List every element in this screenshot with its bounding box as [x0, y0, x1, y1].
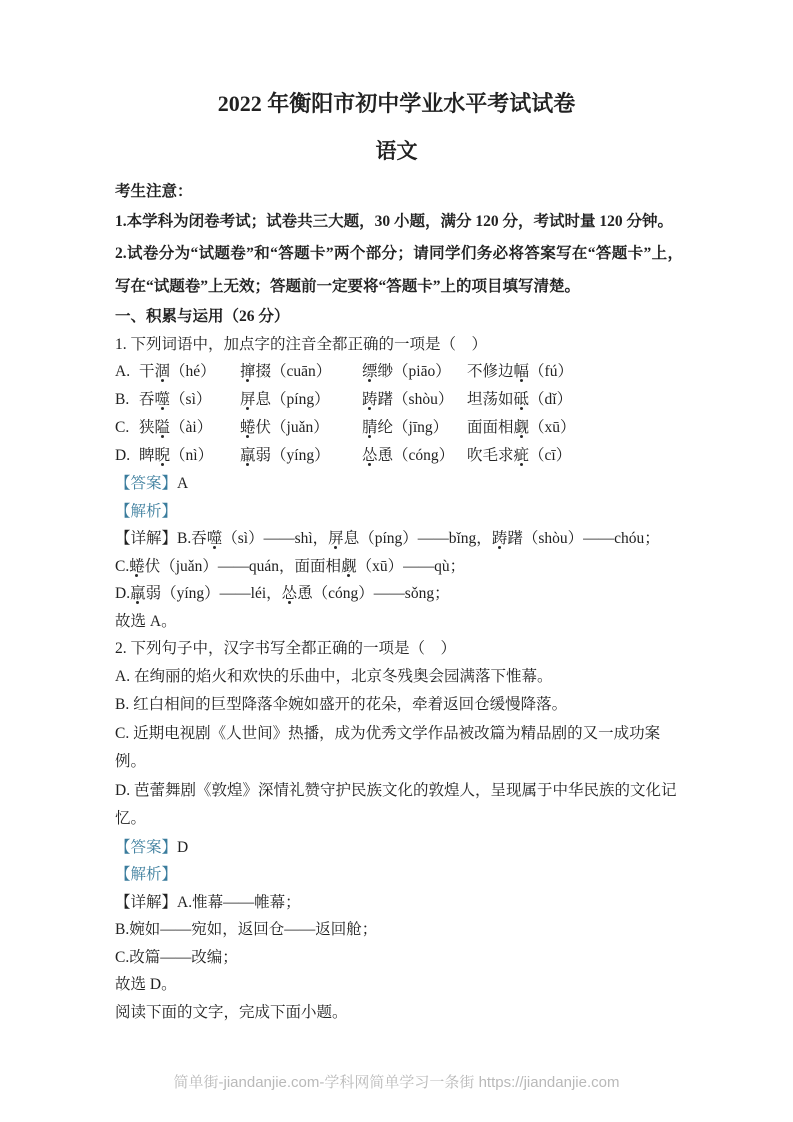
emphasis-dot-char: 羸: [130, 585, 146, 602]
text-segment: 恿（cóng）——sǒng；: [297, 585, 449, 602]
text-segment: 2. 下列句子中，汉字书写全都正确的一项是（ ）: [115, 640, 456, 657]
answer-line: 【解析】: [115, 498, 683, 526]
explanation-line: C.蜷伏（juǎn）——quán，面面相觑（xū）——qù；: [115, 553, 683, 581]
text-segment: （xū）——qù；: [357, 558, 466, 575]
text-segment: 息: [256, 391, 272, 408]
option-label: B.: [115, 386, 139, 414]
text-segment: 息（píng）——bǐng，: [344, 530, 492, 547]
text-segment: B.: [115, 391, 129, 408]
emphasis-dot-char: 觑: [341, 558, 357, 575]
question-stem: 2. 下列句子中，汉字书写全都正确的一项是（ ）: [115, 635, 683, 663]
text-segment: 【详解】B.吞: [115, 530, 207, 547]
option-word: 踌躇（shòu）: [362, 386, 467, 414]
option-label: D.: [115, 442, 139, 470]
exam-document-page: 2022 年衡阳市初中学业水平考试试卷 语文 考生注意：1.本学科为闭卷考试；试…: [0, 0, 793, 1122]
text-segment: 一、积累与运用（26 分）: [115, 308, 289, 325]
text-segment: （dǐ）: [529, 391, 572, 408]
text-segment: （piāo）: [393, 363, 451, 380]
emphasis-dot-char: 觑: [514, 419, 530, 436]
text-segment: 2.试卷分为“试题卷”和“答题卡”两个部分；请同学们务必将答案写在“答题卡”上，…: [115, 245, 683, 295]
section-heading: 一、积累与运用（26 分）: [115, 303, 683, 331]
option-word: 缥缈（piāo）: [362, 358, 467, 386]
text-segment: 阅读下面的文字，完成下面小题。: [115, 1004, 348, 1021]
text-segment: D. 芭蕾舞剧《敦煌》深情礼赞守护民族文化的敦煌人，呈现属于中华民族的文化记忆。: [115, 782, 676, 828]
text-segment: 吹毛求: [467, 447, 514, 464]
text-segment: B.婉如——宛如，返回仓——返回舱；: [115, 921, 377, 938]
option-label: C.: [115, 414, 139, 442]
option-word: 蜷伏（juǎn）: [240, 414, 362, 442]
option-row: C.狭隘（ài）蜷伏（juǎn）腈纶（jīng）面面相觑（xū）: [115, 414, 683, 442]
text-segment: 故选 D。: [115, 976, 177, 993]
text-segment: A.: [115, 363, 130, 380]
text-segment: （hé）: [170, 363, 216, 380]
text-segment: 考生注意：: [115, 183, 193, 200]
emphasis-dot-char: 噬: [207, 530, 223, 547]
text-segment: 狭: [139, 419, 155, 436]
text-segment: 弱（yíng）——léi，: [146, 585, 282, 602]
option-word: 坦荡如砥（dǐ）: [467, 386, 683, 414]
option-word: 不修边幅（fú）: [467, 358, 683, 386]
emphasis-dot-char: 屏: [328, 530, 344, 547]
emphasis-dot-char: 蜷: [129, 558, 145, 575]
text-segment: 伏: [256, 419, 272, 436]
text-segment: （yíng）: [271, 447, 330, 464]
option-line: D. 芭蕾舞剧《敦煌》深情礼赞守护民族文化的敦煌人，呈现属于中华民族的文化记忆。: [115, 777, 683, 834]
option-word: 干涸（hé）: [139, 358, 240, 386]
option-word: 吞噬（sì）: [139, 386, 240, 414]
text-segment: A. 在绚丽的焰火和欢快的乐曲中，北京冬残奥会园满落下惟幕。: [115, 668, 552, 685]
option-word: 面面相觑（xū）: [467, 414, 683, 442]
text-segment: （fú）: [529, 363, 573, 380]
option-row: D.睥睨（nì）羸弱（yíng）怂恿（cóng）吹毛求疵（cī）: [115, 442, 683, 470]
notice-heading: 考生注意：: [115, 178, 683, 206]
exam-title: 2022 年衡阳市初中学业水平考试试卷: [0, 0, 793, 118]
option-word: 怂恿（cóng）: [362, 442, 467, 470]
text-segment: D.: [115, 447, 130, 464]
text-segment: （xū）: [529, 419, 576, 436]
exam-subject: 语文: [0, 138, 793, 164]
option-word: 羸弱（yíng）: [240, 442, 362, 470]
text-segment: 面面相: [467, 419, 514, 436]
emphasis-dot-char: 缥: [362, 363, 378, 380]
text-segment: 不修边: [467, 363, 514, 380]
option-word: 撺掇（cuān）: [240, 358, 362, 386]
explanation-line: 故选 D。: [115, 971, 683, 999]
question-stem: 阅读下面的文字，完成下面小题。: [115, 999, 683, 1027]
text-segment: 恿: [378, 447, 394, 464]
emphasis-dot-char: 踌: [362, 391, 378, 408]
text-segment: 掇: [256, 363, 272, 380]
emphasis-dot-char: 疵: [514, 447, 530, 464]
answer-line: 【答案】A: [115, 470, 683, 498]
text-segment: （juǎn）: [271, 419, 329, 436]
question-stem: 1. 下列词语中，加点字的注音全都正确的一项是（ ）: [115, 331, 683, 359]
emphasis-dot-char: 踌: [492, 530, 508, 547]
emphasis-dot-char: 幅: [514, 363, 530, 380]
answer-label: 【答案】: [115, 475, 177, 492]
text-segment: 躇（shòu）——chóu；: [507, 530, 659, 547]
option-word: 狭隘（ài）: [139, 414, 240, 442]
emphasis-dot-char: 腈: [362, 419, 378, 436]
text-segment: 纶: [378, 419, 394, 436]
text-segment: 缈: [378, 363, 394, 380]
explanation-line: 【详解】A.惟幕——帷幕；: [115, 889, 683, 917]
text-segment: 故选 A。: [115, 613, 177, 630]
text-segment: C.改篇——改编；: [115, 949, 238, 966]
option-label: A.: [115, 358, 139, 386]
emphasis-dot-char: 噬: [155, 391, 171, 408]
text-segment: （ài）: [170, 419, 212, 436]
option-line: A. 在绚丽的焰火和欢快的乐曲中，北京冬残奥会园满落下惟幕。: [115, 663, 683, 692]
answer-line: 【答案】D: [115, 834, 683, 862]
text-segment: C.: [115, 419, 129, 436]
emphasis-dot-char: 羸: [240, 447, 256, 464]
option-row: A.干涸（hé）撺掇（cuān）缥缈（piāo）不修边幅（fú）: [115, 358, 683, 386]
text-segment: 干: [139, 363, 155, 380]
emphasis-dot-char: 砥: [514, 391, 530, 408]
option-word: 腈纶（jīng）: [362, 414, 467, 442]
text-segment: 伏（juǎn）——quán，面面相: [145, 558, 341, 575]
text-segment: （nì）: [170, 447, 213, 464]
emphasis-dot-char: 涸: [155, 363, 171, 380]
notice-line: 1.本学科为闭卷考试；试卷共三大题，30 小题，满分 120 分，考试时量 12…: [115, 206, 683, 239]
text-segment: 1. 下列词语中，加点字的注音全都正确的一项是（ ）: [115, 336, 487, 353]
text-segment: 【详解】A.惟幕——帷幕；: [115, 894, 301, 911]
text-segment: （jīng）: [393, 419, 448, 436]
explanation-line: 【详解】B.吞噬（sì）——shì，屏息（píng）——bǐng，踌躇（shòu…: [115, 525, 683, 553]
text-segment: B. 红白相间的巨型降落伞婉如盛开的花朵，牵着返回仓缓慢降落。: [115, 696, 567, 713]
emphasis-dot-char: 撺: [240, 363, 256, 380]
text-segment: D.: [115, 585, 130, 602]
text-segment: 坦荡如: [467, 391, 514, 408]
text-segment: 1.本学科为闭卷考试；试卷共三大题，30 小题，满分 120 分，考试时量 12…: [115, 213, 673, 230]
answer-line: 【解析】: [115, 861, 683, 889]
text-segment: （cuān）: [271, 363, 331, 380]
text-segment: （cī）: [529, 447, 571, 464]
footer-watermark: 简单街-jiandanjie.com-学科网简单学习一条街 https://ji…: [0, 1074, 793, 1092]
text-segment: （shòu）: [393, 391, 453, 408]
explanation-line: D.羸弱（yíng）——léi，怂恿（cóng）——sǒng；: [115, 580, 683, 608]
option-word: 屏息（píng）: [240, 386, 362, 414]
answer-label: 【解析】: [115, 503, 177, 520]
emphasis-dot-char: 屏: [240, 391, 256, 408]
emphasis-dot-char: 怂: [282, 585, 298, 602]
text-segment: （sì）——shì，: [222, 530, 328, 547]
explanation-line: C.改篇——改编；: [115, 944, 683, 972]
option-word: 吹毛求疵（cī）: [467, 442, 683, 470]
text-segment: 弱: [256, 447, 272, 464]
text-segment: （píng）: [271, 391, 330, 408]
answer-label: 【解析】: [115, 866, 177, 883]
text-segment: 睥: [139, 447, 155, 464]
text-segment: 吞: [139, 391, 155, 408]
notice-line: 2.试卷分为“试题卷”和“答题卡”两个部分；请同学们务必将答案写在“答题卡”上，…: [115, 238, 683, 303]
option-line: B. 红白相间的巨型降落伞婉如盛开的花朵，牵着返回仓缓慢降落。: [115, 691, 683, 720]
option-line: C. 近期电视剧《人世间》热播，成为优秀文学作品被改篇为精品剧的又一成功案例。: [115, 720, 683, 777]
text-segment: A: [177, 475, 188, 492]
emphasis-dot-char: 怂: [362, 447, 378, 464]
option-word: 睥睨（nì）: [139, 442, 240, 470]
emphasis-dot-char: 蜷: [240, 419, 256, 436]
emphasis-dot-char: 隘: [155, 419, 171, 436]
explanation-line: B.婉如——宛如，返回仓——返回舱；: [115, 916, 683, 944]
text-segment: （cóng）: [393, 447, 454, 464]
text-segment: 躇: [378, 391, 394, 408]
document-body: 考生注意：1.本学科为闭卷考试；试卷共三大题，30 小题，满分 120 分，考试…: [0, 178, 793, 1026]
emphasis-dot-char: 睨: [155, 447, 171, 464]
explanation-line: 故选 A。: [115, 608, 683, 636]
text-segment: C.: [115, 558, 129, 575]
text-segment: D: [177, 839, 188, 856]
text-segment: C. 近期电视剧《人世间》热播，成为优秀文学作品被改篇为精品剧的又一成功案例。: [115, 725, 660, 771]
text-segment: （sì）: [170, 391, 211, 408]
option-row: B.吞噬（sì）屏息（píng）踌躇（shòu）坦荡如砥（dǐ）: [115, 386, 683, 414]
answer-label: 【答案】: [115, 839, 177, 856]
